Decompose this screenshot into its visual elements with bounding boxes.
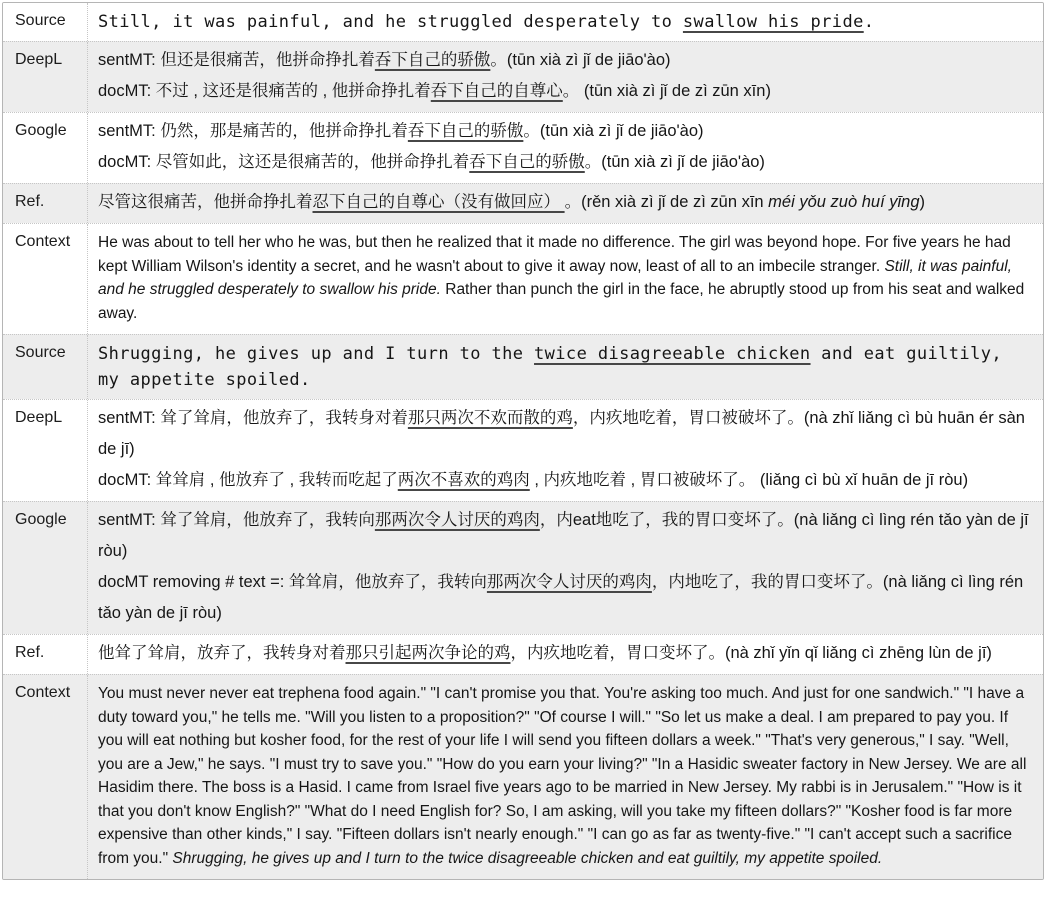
underlined-phrase: 吞下自己的骄傲 xyxy=(408,122,524,140)
underlined-phrase: 那只引起两次争论的鸡 xyxy=(346,644,511,662)
underlined-phrase: 忍下自己的自尊心（没有做回应） xyxy=(313,193,565,211)
text-segment: my appetite spoiled. xyxy=(98,370,311,390)
underlined-phrase: twice disagreeable chicken xyxy=(534,344,811,364)
table-row: SourceStill, it was painful, and he stru… xyxy=(3,3,1043,41)
table-row: DeepLsentMT: 耸了耸肩，他放弃了，我转身对着那只两次不欢而散的鸡，内… xyxy=(3,399,1043,501)
table-row: DeepLsentMT: 但还是很痛苦，他拼命挣扎着吞下自己的骄傲。(tūn x… xyxy=(3,41,1043,112)
table-row: GooglesentMT: 耸了耸肩，他放弃了，我转向那两次令人讨厌的鸡肉，内e… xyxy=(3,501,1043,634)
text-line: Shrugging, he gives up and I turn to the… xyxy=(98,341,1029,393)
text-segment: docMT: 不过 , 这还是很痛苦的 , 他拼命挣扎着 xyxy=(98,82,431,100)
text-line: sentMT: 耸了耸肩，他放弃了，我转向那两次令人讨厌的鸡肉，内eat地吃了，… xyxy=(98,505,1029,567)
text-segment: 。(tūn xià zì jǐ de jiāo'ào) xyxy=(490,51,670,69)
row-content: sentMT: 耸了耸肩，他放弃了，我转向那两次令人讨厌的鸡肉，内eat地吃了，… xyxy=(88,502,1043,634)
row-label: Ref. xyxy=(3,635,88,674)
row-label: Source xyxy=(3,335,88,399)
text-line: 尽管这很痛苦，他拼命挣扎着忍下自己的自尊心（没有做回应） 。(rěn xià z… xyxy=(98,187,1029,218)
text-segment: . xyxy=(864,12,875,32)
row-content: He was about to tell her who he was, but… xyxy=(88,224,1043,334)
row-label: DeepL xyxy=(3,400,88,501)
italic-phrase: Shrugging, he gives up and I turn to the… xyxy=(172,850,882,867)
text-segment: ，内疚地吃着，胃口变坏了。(nà zhǐ yǐn qǐ liǎng cì zhē… xyxy=(511,644,992,662)
text-line: He was about to tell her who he was, but… xyxy=(98,231,1029,325)
row-content: Shrugging, he gives up and I turn to the… xyxy=(88,335,1043,399)
text-segment: He was about to tell her who he was, but… xyxy=(98,234,1011,275)
row-label: Google xyxy=(3,502,88,634)
table-row: SourceShrugging, he gives up and I turn … xyxy=(3,334,1043,399)
text-segment: and eat guiltily, xyxy=(811,344,1002,364)
text-segment: 他耸了耸肩，放弃了，我转身对着 xyxy=(98,644,346,662)
underlined-phrase: 那两次令人讨厌的鸡肉 xyxy=(487,573,652,591)
underlined-phrase: 吞下自己的骄傲 xyxy=(375,51,491,69)
table-row: ContextHe was about to tell her who he w… xyxy=(3,223,1043,334)
row-label: Context xyxy=(3,224,88,334)
text-segment: ) xyxy=(920,193,926,211)
text-segment: docMT removing # text =: 耸耸肩，他放弃了，我转向 xyxy=(98,573,487,591)
text-line: docMT: 尽管如此，这还是很痛苦的，他拼命挣扎着吞下自己的骄傲。(tūn x… xyxy=(98,147,1029,178)
table-row: Ref.尽管这很痛苦，他拼命挣扎着忍下自己的自尊心（没有做回应） 。(rěn x… xyxy=(3,183,1043,223)
text-segment: 。 (tūn xià zì jǐ de zì zūn xīn) xyxy=(563,82,771,100)
underlined-phrase: 两次不喜欢的鸡肉 xyxy=(398,471,530,489)
text-line: docMT: 耸耸肩 , 他放弃了 , 我转而吃起了两次不喜欢的鸡肉 , 内疚地… xyxy=(98,465,1029,496)
text-line: You must never never eat trephena food a… xyxy=(98,682,1029,870)
row-content: Still, it was painful, and he struggled … xyxy=(88,3,1043,41)
underlined-phrase: swallow his pride xyxy=(683,12,864,32)
row-content: sentMT: 仍然，那是痛苦的，他拼命挣扎着吞下自己的骄傲。(tūn xià … xyxy=(88,113,1043,183)
row-label: Google xyxy=(3,113,88,183)
text-segment: sentMT: 但还是很痛苦，他拼命挣扎着 xyxy=(98,51,375,69)
text-segment: Still, it was painful, and he struggled … xyxy=(98,12,683,32)
row-content: 尽管这很痛苦，他拼命挣扎着忍下自己的自尊心（没有做回应） 。(rěn xià z… xyxy=(88,184,1043,223)
underlined-phrase: 那只两次不欢而散的鸡 xyxy=(408,409,573,427)
row-content: You must never never eat trephena food a… xyxy=(88,675,1043,879)
text-segment: docMT: 耸耸肩 , 他放弃了 , 我转而吃起了 xyxy=(98,471,398,489)
text-segment: 。(tūn xià zì jǐ de jiāo'ào) xyxy=(523,122,703,140)
text-line: sentMT: 仍然，那是痛苦的，他拼命挣扎着吞下自己的骄傲。(tūn xià … xyxy=(98,116,1029,147)
row-content: 他耸了耸肩，放弃了，我转身对着那只引起两次争论的鸡，内疚地吃着，胃口变坏了。(n… xyxy=(88,635,1043,674)
text-segment: , 内疚地吃着 , 胃口被破坏了。 (liǎng cì bù xǐ huān d… xyxy=(530,471,968,489)
table-row: GooglesentMT: 仍然，那是痛苦的，他拼命挣扎着吞下自己的骄傲。(tū… xyxy=(3,112,1043,183)
text-line: Still, it was painful, and he struggled … xyxy=(98,9,1029,35)
row-content: sentMT: 但还是很痛苦，他拼命挣扎着吞下自己的骄傲。(tūn xià zì… xyxy=(88,42,1043,112)
text-segment: You must never never eat trephena food a… xyxy=(98,685,1026,867)
text-segment: sentMT: 耸了耸肩，他放弃了，我转身对着 xyxy=(98,409,408,427)
underlined-phrase: 吞下自己的自尊心 xyxy=(431,82,563,100)
text-line: docMT: 不过 , 这还是很痛苦的 , 他拼命挣扎着吞下自己的自尊心。 (t… xyxy=(98,76,1029,107)
underlined-phrase: 那两次令人讨厌的鸡肉 xyxy=(375,511,540,529)
text-segment: 。(rěn xià zì jǐ de zì zūn xīn xyxy=(565,193,769,211)
row-label: Context xyxy=(3,675,88,879)
row-content: sentMT: 耸了耸肩，他放弃了，我转身对着那只两次不欢而散的鸡，内疚地吃着，… xyxy=(88,400,1043,501)
text-segment: sentMT: 仍然，那是痛苦的，他拼命挣扎着 xyxy=(98,122,408,140)
italic-phrase: méi yǒu zuò huí yīng xyxy=(768,193,919,211)
text-segment: sentMT: 耸了耸肩，他放弃了，我转向 xyxy=(98,511,375,529)
text-line: sentMT: 但还是很痛苦，他拼命挣扎着吞下自己的骄傲。(tūn xià zì… xyxy=(98,45,1029,76)
text-segment: 尽管这很痛苦，他拼命挣扎着 xyxy=(98,193,313,211)
row-label: Source xyxy=(3,3,88,41)
text-line: docMT removing # text =: 耸耸肩，他放弃了，我转向那两次… xyxy=(98,567,1029,629)
table-row: Context You must never never eat trephen… xyxy=(3,674,1043,879)
table-row: Ref.他耸了耸肩，放弃了，我转身对着那只引起两次争论的鸡，内疚地吃着，胃口变坏… xyxy=(3,634,1043,674)
text-line: 他耸了耸肩，放弃了，我转身对着那只引起两次争论的鸡，内疚地吃着，胃口变坏了。(n… xyxy=(98,638,1029,669)
text-segment: 。(tūn xià zì jǐ de jiāo'ào) xyxy=(585,153,765,171)
text-line: sentMT: 耸了耸肩，他放弃了，我转身对着那只两次不欢而散的鸡，内疚地吃着，… xyxy=(98,403,1029,465)
underlined-phrase: 吞下自己的骄傲 xyxy=(469,153,585,171)
text-segment: docMT: 尽管如此，这还是很痛苦的，他拼命挣扎着 xyxy=(98,153,469,171)
row-label: Ref. xyxy=(3,184,88,223)
text-segment: Shrugging, he gives up and I turn to the xyxy=(98,344,534,364)
mt-comparison-table: SourceStill, it was painful, and he stru… xyxy=(2,2,1044,880)
row-label: DeepL xyxy=(3,42,88,112)
